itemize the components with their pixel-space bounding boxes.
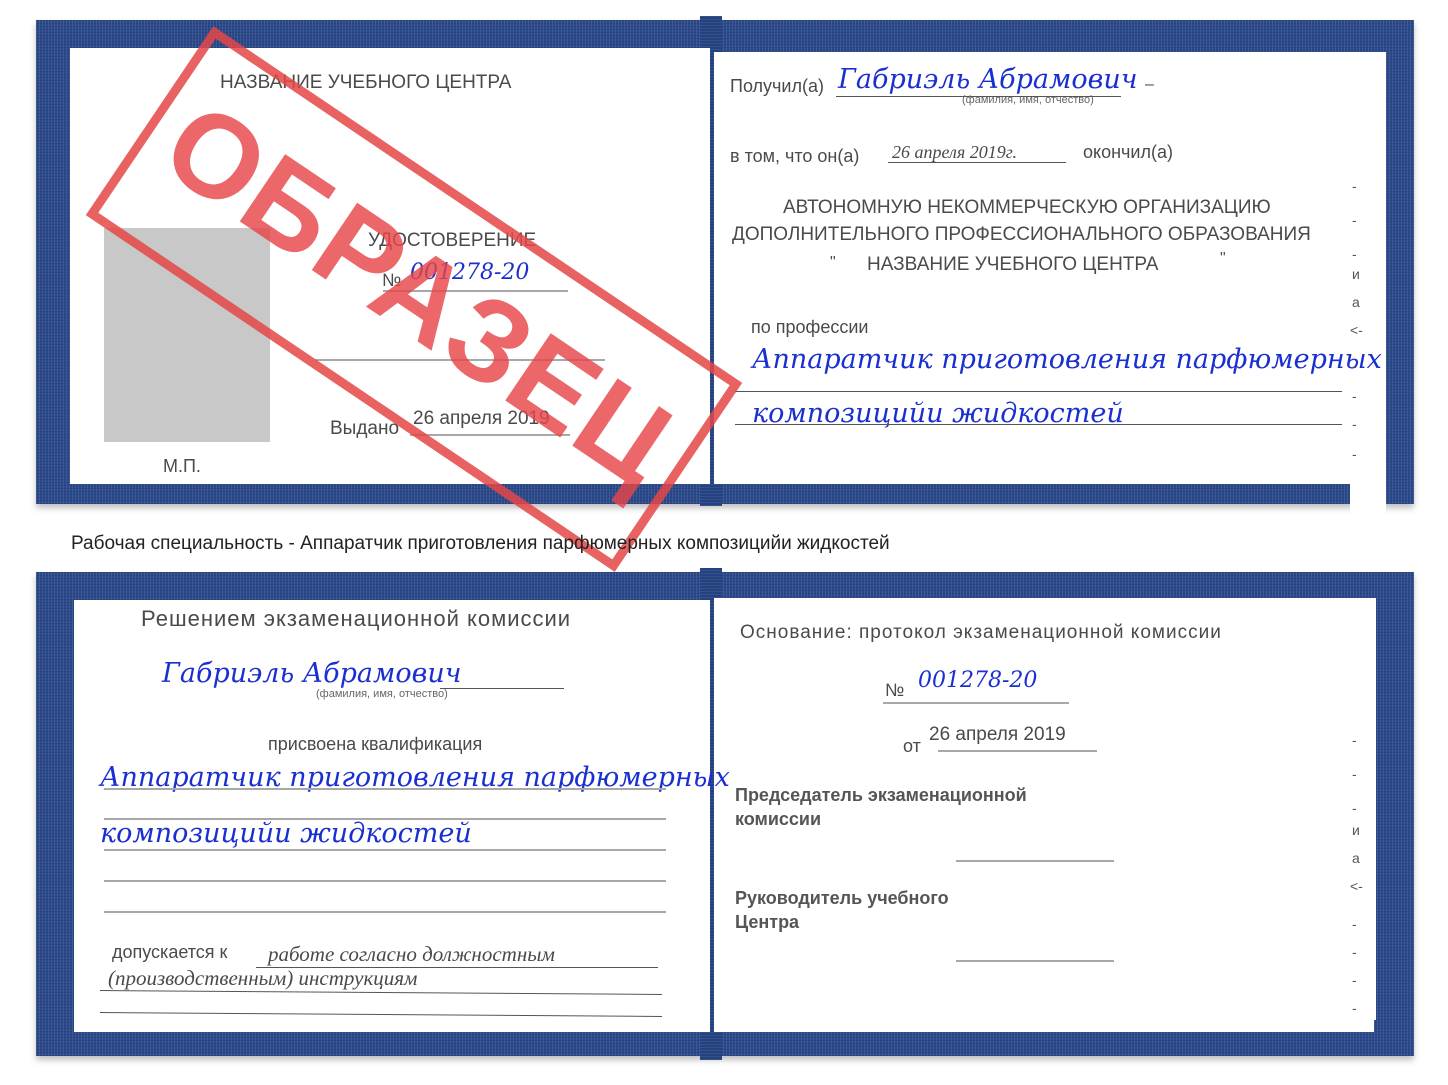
completion-date: 26 апреля 2019г. — [892, 142, 1017, 163]
head-signature-line — [956, 960, 1114, 962]
bottom-right-page-tab — [1340, 598, 1376, 1020]
decision-title: Решением экзаменационной комиссии — [141, 606, 571, 632]
recipient-name-hint: (фамилия, имя, отчество) — [962, 94, 1094, 106]
admitted-label: допускается к — [112, 942, 227, 963]
org-line-3-open-quote: " — [830, 254, 836, 272]
protocol-date: 26 апреля 2019 — [929, 724, 1066, 746]
completed-label: окончил(а) — [1083, 142, 1173, 163]
recipient-name-bottom: Габриэль Абрамович — [162, 658, 462, 689]
profession-underline-2 — [735, 424, 1342, 425]
qualification-label: присвоена квалификация — [268, 734, 482, 755]
received-label: Получил(а) — [730, 76, 824, 97]
protocol-number-underline — [883, 702, 1069, 704]
head-label-1: Руководитель учебного — [735, 888, 949, 909]
that-label: в том, что он(а) — [730, 146, 859, 167]
qualification-underline-5 — [104, 911, 666, 913]
chairman-label-2: комиссии — [735, 809, 821, 830]
qualification-underline-4 — [104, 880, 666, 882]
specialty-caption: Рабочая специальность - Аппаратчик приго… — [71, 533, 890, 555]
chairman-label-1: Председатель экзаменационной — [735, 785, 1027, 806]
profession-label: по профессии — [751, 317, 868, 338]
seal-label: М.П. — [163, 456, 201, 477]
admitted-line-2: (производственным) инструкциям — [108, 966, 417, 991]
org-line-3: НАЗВАНИЕ УЧЕБНОГО ЦЕНТРА — [867, 254, 1159, 276]
profession-line-1: Аппаратчик приготовления парфюмерных — [752, 344, 1382, 375]
basis-title: Основание: протокол экзаменационной коми… — [740, 622, 1222, 644]
org-line-3-close-quote: " — [1220, 250, 1226, 268]
completion-date-underline — [888, 162, 1066, 163]
issued-label: Выдано — [330, 418, 399, 440]
protocol-date-underline — [938, 750, 1097, 752]
recipient-name-hint-bottom: (фамилия, имя, отчество) — [316, 688, 448, 700]
chairman-signature-line — [956, 860, 1114, 862]
org-line-2: ДОПОЛНИТЕЛЬНОГО ПРОФЕССИОНАЛЬНОГО ОБРАЗО… — [732, 224, 1311, 246]
admitted-line-1: работе согласно должностным — [268, 942, 555, 967]
profession-underline-1 — [735, 391, 1342, 392]
qualification-line-2: композицийи жидкостей — [100, 818, 472, 849]
protocol-number-label: № — [885, 680, 904, 701]
qualification-underline-3 — [104, 849, 666, 851]
qualification-underline-1 — [104, 788, 666, 790]
org-line-1: АВТОНОМНУЮ НЕКОММЕРЧЕСКУЮ ОРГАНИЗАЦИЮ — [783, 197, 1271, 219]
recipient-name: Габриэль Абрамович — [838, 64, 1138, 95]
head-label-2: Центра — [735, 912, 799, 933]
recipient-underline-bottom — [440, 688, 564, 689]
dash-mark: – — [1145, 76, 1154, 94]
protocol-date-label: от — [903, 736, 921, 757]
protocol-number: 001278-20 — [918, 668, 1037, 693]
